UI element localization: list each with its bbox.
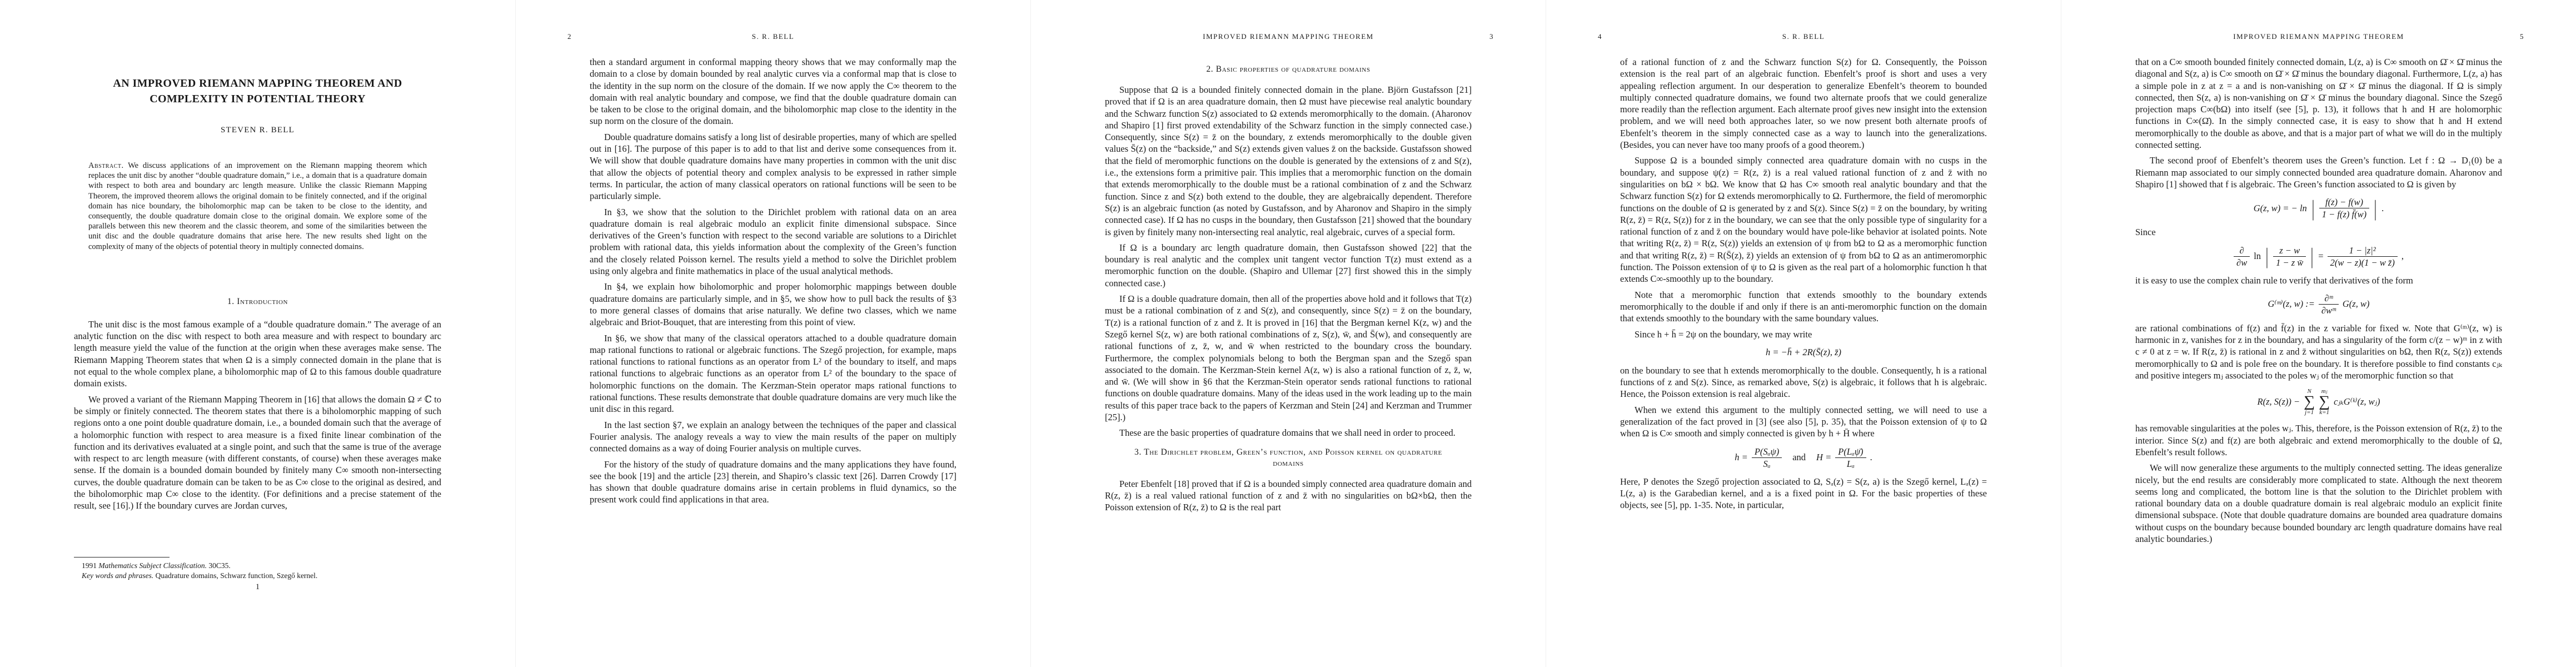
- footnote-keywords: Key words and phrases. Quadrature domain…: [74, 571, 441, 581]
- paragraph: When we extend this argument to the mult…: [1620, 404, 1987, 440]
- paragraph: The second proof of Ebenfelt’s theorem u…: [2135, 155, 2502, 190]
- denominator: Sₐ: [1752, 457, 1782, 469]
- denominator: 1 − z w̄: [2273, 256, 2306, 268]
- abstract-label: Abstract.: [88, 161, 124, 170]
- formula-punctuation: ,: [2401, 251, 2404, 262]
- running-title: IMPROVED RIEMANN MAPPING THEOREM: [2102, 32, 2535, 41]
- paragraph: Since h + h̄ = 2ψ on the boundary, we ma…: [1620, 328, 1987, 340]
- abs-bar: |: [2311, 245, 2313, 267]
- fraction: P(Lₐψ̄) Lₐ: [1835, 446, 1866, 469]
- fraction: P(Sₐψ) Sₐ: [1752, 446, 1782, 469]
- abs-bar: |: [2374, 197, 2376, 220]
- page-5: IMPROVED RIEMANN MAPPING THEOREM 5 that …: [2061, 0, 2576, 667]
- ln-operator: ln: [2254, 251, 2261, 262]
- numerator: P(Sₐψ): [1752, 446, 1782, 457]
- page-1: AN IMPROVED RIEMANN MAPPING THEOREM AND …: [0, 0, 515, 667]
- paragraph: Note that a meromorphic function that ex…: [1620, 289, 1987, 325]
- equals-sign: =: [2318, 251, 2323, 262]
- formula-lhs: R(z, S(z)) −: [2258, 396, 2300, 407]
- display-formula-gm: G⁽ᵐ⁾(z, w) := ∂ᵐ ∂wᵐ G(z, w): [2135, 293, 2502, 316]
- summation: mⱼ ∑ k=1: [2319, 388, 2330, 416]
- running-title: S. R. BELL: [1587, 32, 2020, 41]
- paragraph: of a rational function of z and the Schw…: [1620, 56, 1987, 151]
- numerator: ∂: [2234, 245, 2250, 256]
- page-3-body: 2. Basic properties of quadrature domain…: [1105, 56, 1472, 645]
- fraction: ∂ᵐ ∂wᵐ: [2319, 293, 2339, 316]
- page-3: IMPROVED RIEMANN MAPPING THEOREM 3 2. Ba…: [1030, 0, 1546, 667]
- paragraph: that on a C∞ smooth bounded finitely con…: [2135, 56, 2502, 151]
- section-2-heading: 2. Basic properties of quadrature domain…: [1133, 64, 1444, 75]
- paragraph: If Ω is a double quadrature domain, then…: [1105, 293, 1472, 423]
- footnote-block: 1991 Mathematics Subject Classification.…: [74, 557, 441, 580]
- paragraph: We will now generalize these arguments t…: [2135, 462, 2502, 545]
- sigma-icon: ∑: [2304, 395, 2315, 409]
- fraction: f(z) − f(w) 1 − f(z) f̄(w): [2319, 197, 2369, 220]
- abs-bar: |: [2312, 197, 2314, 220]
- running-title: IMPROVED RIEMANN MAPPING THEOREM: [1072, 32, 1505, 41]
- paragraph: Since: [2135, 226, 2502, 238]
- paragraph: In §4, we explain how biholomorphic and …: [590, 281, 956, 328]
- formula-lhs: h =: [1735, 452, 1748, 463]
- paragraph: These are the basic properties of quadra…: [1105, 427, 1472, 439]
- paragraph: has removable singularities at the poles…: [2135, 422, 2502, 458]
- running-head: 2 S. R. BELL: [590, 32, 956, 42]
- author-name: STEVEN R. BELL: [74, 126, 441, 135]
- formula-punctuation: .: [1870, 452, 1872, 463]
- formula-lhs: G(z, w) = − ln: [2254, 203, 2307, 214]
- paragraph: Here, P denotes the Szegő projection ass…: [1620, 476, 1987, 511]
- abs-bar: |: [2266, 245, 2268, 267]
- paper-title: AN IMPROVED RIEMANN MAPPING THEOREM AND …: [86, 76, 430, 107]
- denominator: Lₐ: [1835, 457, 1866, 469]
- fraction: z − w 1 − z w̄: [2273, 245, 2306, 268]
- denominator: ∂wᵐ: [2319, 304, 2339, 316]
- formula-rhs: cⱼₖG⁽ᵏ⁾(z, wⱼ): [2334, 396, 2380, 407]
- footnote-text: Mathematics Subject Classification.: [98, 561, 207, 570]
- paragraph: For the history of the study of quadratu…: [590, 459, 956, 506]
- running-head: 4 S. R. BELL: [1620, 32, 1987, 42]
- fraction: 1 − |z|² 2(w − z)(1 − w z̄): [2328, 245, 2398, 268]
- numerator: P(Lₐψ̄): [1835, 446, 1866, 457]
- page-5-body: that on a C∞ smooth bounded finitely con…: [2135, 56, 2502, 645]
- numerator: z − w: [2273, 245, 2306, 256]
- display-formula-green: G(z, w) = − ln | f(z) − f(w) 1 − f(z) f̄…: [2135, 197, 2502, 220]
- formula-lhs: H =: [1816, 452, 1831, 463]
- numerator: f(z) − f(w): [2319, 197, 2369, 208]
- display-formula-derivative: ∂ ∂w ln | z − w 1 − z w̄ | = 1 − |z|² 2(…: [2135, 245, 2502, 268]
- numerator: ∂ᵐ: [2319, 293, 2339, 304]
- pdf-multipage-view: arXiv:1110.0770v1 [math.CV] 4 Oct 2011 A…: [0, 0, 2576, 667]
- formula-punctuation: .: [2381, 203, 2384, 214]
- footnote-text: 1991: [82, 561, 98, 570]
- footnote-text: Key words and phrases.: [82, 571, 153, 580]
- formula-rhs: G(z, w): [2343, 298, 2370, 310]
- paragraph: In §3, we show that the solution to the …: [590, 206, 956, 277]
- paragraph: Double quadrature domains satisfy a long…: [590, 131, 956, 202]
- page-4: 4 S. R. BELL of a rational function of z…: [1546, 0, 2061, 667]
- paragraph: We proved a variant of the Riemann Mappi…: [74, 394, 441, 512]
- paragraph: The unit disc is the most famous example…: [74, 318, 441, 390]
- paragraph: If Ω is a boundary arc length quadrature…: [1105, 242, 1472, 289]
- denominator: 1 − f(z) f̄(w): [2319, 208, 2369, 220]
- page-2-body: then a standard argument in conformal ma…: [590, 56, 956, 645]
- numerator: 1 − |z|²: [2328, 245, 2398, 256]
- denominator: 2(w − z)(1 − w z̄): [2328, 256, 2398, 268]
- formula-lhs: G⁽ᵐ⁾(z, w) :=: [2268, 298, 2315, 310]
- formula-text: h = −h̄ + 2R(S̄(z), z̄): [1766, 347, 1841, 358]
- display-formula-h: h = −h̄ + 2R(S̄(z), z̄): [1620, 347, 1987, 358]
- page-number: 1: [0, 583, 515, 592]
- running-head: IMPROVED RIEMANN MAPPING THEOREM 5: [2135, 32, 2502, 42]
- page-number: 5: [2520, 32, 2524, 41]
- sum-lower-limit: j=1: [2305, 409, 2314, 416]
- paragraph: are rational combinations of f(z) and f̄…: [2135, 322, 2502, 381]
- page-4-body: of a rational function of z and the Schw…: [1620, 56, 1987, 645]
- paragraph: In §6, we show that many of the classica…: [590, 332, 956, 415]
- paragraph: Suppose that Ω is a bounded finitely con…: [1105, 84, 1472, 238]
- footnote-text: 30C35.: [207, 561, 231, 570]
- abstract: Abstract. We discuss applications of an …: [74, 161, 441, 252]
- page-2: 2 S. R. BELL then a standard argument in…: [515, 0, 1030, 667]
- display-formula-szego-garabedian: h = P(Sₐψ) Sₐ and H = P(Lₐψ̄) Lₐ .: [1620, 446, 1987, 469]
- formula-connector: and: [1786, 452, 1812, 463]
- running-head: IMPROVED RIEMANN MAPPING THEOREM 3: [1105, 32, 1472, 42]
- abstract-text: We discuss applications of an improvemen…: [88, 161, 427, 251]
- page-number: 3: [1489, 32, 1494, 41]
- paragraph: it is easy to use the complex chain rule…: [2135, 275, 2502, 286]
- footnote-msc: 1991 Mathematics Subject Classification.…: [74, 561, 441, 571]
- footnote-rule: [74, 557, 170, 558]
- page-1-body: The unit disc is the most famous example…: [74, 318, 441, 543]
- display-formula-sum: R(z, S(z)) − N ∑ j=1 mⱼ ∑ k=1 cⱼₖG⁽ᵏ⁾(z,…: [2135, 388, 2502, 416]
- paragraph: In the last section §7, we explain an an…: [590, 419, 956, 455]
- sigma-icon: ∑: [2319, 395, 2330, 409]
- denominator: ∂w: [2234, 256, 2250, 268]
- paragraph: Suppose Ω is a bounded simply connected …: [1620, 155, 1987, 285]
- paragraph: on the boundary to see that h extends me…: [1620, 365, 1987, 400]
- running-title: S. R. BELL: [556, 32, 990, 41]
- paragraph: Peter Ebenfelt [18] proved that if Ω is …: [1105, 478, 1472, 514]
- summation: N ∑ j=1: [2304, 388, 2315, 416]
- section-3-heading: 3. The Dirichlet problem, Green’s functi…: [1133, 447, 1444, 469]
- section-1-heading: 1. Introduction: [74, 296, 441, 307]
- fraction: ∂ ∂w: [2234, 245, 2250, 268]
- sum-lower-limit: k=1: [2319, 409, 2329, 416]
- footnote-text: Quadrature domains, Schwarz function, Sz…: [153, 571, 317, 580]
- paragraph: then a standard argument in conformal ma…: [590, 56, 956, 127]
